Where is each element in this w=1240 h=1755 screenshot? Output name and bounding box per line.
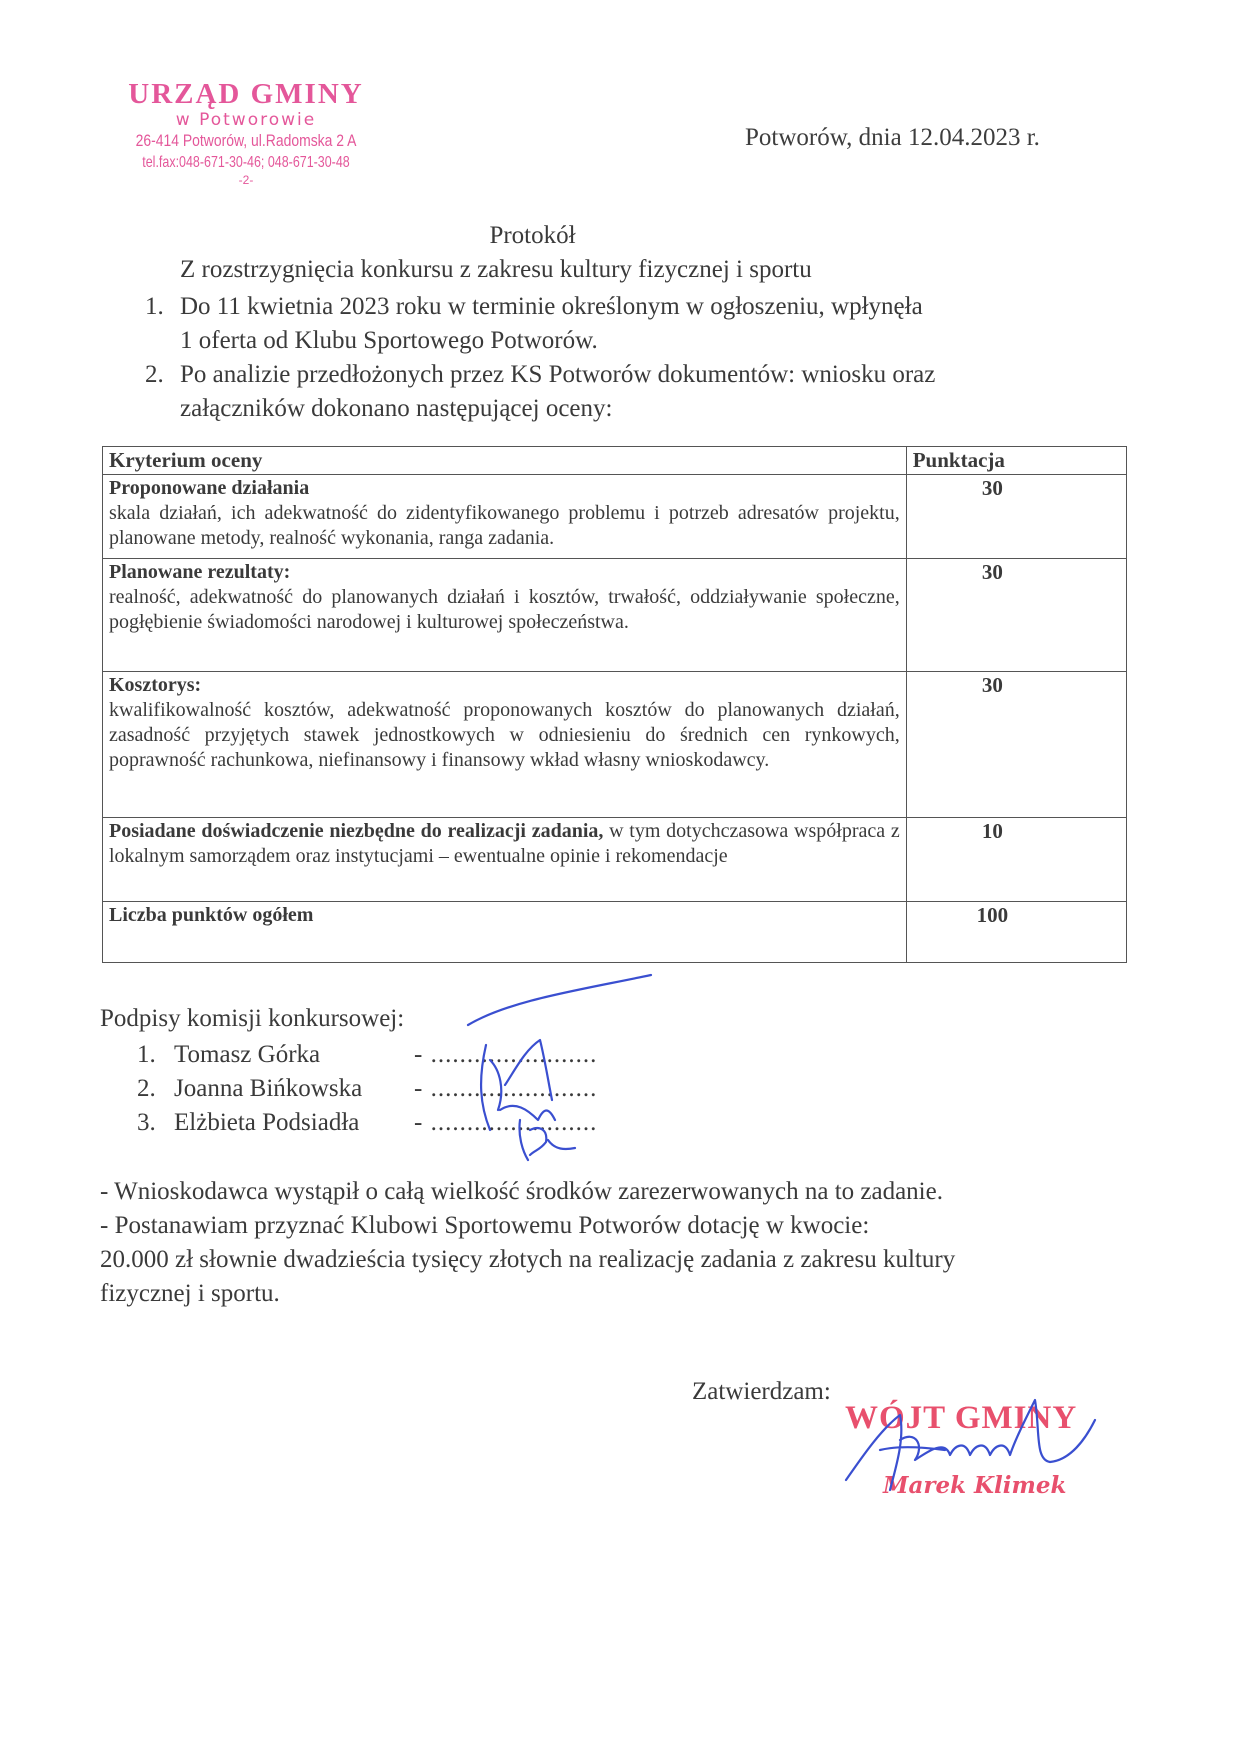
criterion-description: skala działań, ich adekwatność do zident…: [109, 501, 900, 551]
criterion-title: Kosztorys:: [109, 673, 900, 698]
decision-line: - Postanawiam przyznać Klubowi Sportowem…: [100, 1209, 1150, 1243]
table-row: Posiadane doświadczenie niezbędne do rea…: [103, 818, 1127, 902]
table-row: Kosztorys: kwalifikowalność kosztów, ade…: [103, 672, 1127, 818]
signature-line: - .......................: [414, 1072, 597, 1106]
table-total-row: Liczba punktów ogółem 100: [103, 902, 1127, 963]
total-label: Liczba punktów ogółem: [103, 902, 907, 963]
score-cell: 10: [906, 818, 1126, 902]
finding-number: 2.: [145, 358, 164, 392]
stamp-office-name: URZĄD GMINY: [96, 78, 396, 110]
criterion-cell: Proponowane działania skala działań, ich…: [103, 475, 907, 559]
stamp-location: w Potworowie: [96, 110, 396, 130]
score-cell: 30: [906, 672, 1126, 818]
decision-paragraph: - Wnioskodawca wystąpił o całą wielkość …: [100, 1175, 1150, 1311]
finding-text: Po analizie przedłożonych przez KS Potwo…: [180, 358, 935, 392]
table-header-row: Kryterium oceny Punktacja: [103, 447, 1127, 475]
evaluation-table: Kryterium oceny Punktacja Proponowane dz…: [102, 446, 1127, 963]
member-number: 1.: [137, 1038, 156, 1072]
member-name: Tomasz Górka: [174, 1038, 320, 1072]
member-number: 3.: [137, 1106, 156, 1140]
criterion-cell: Posiadane doświadczenie niezbędne do rea…: [103, 818, 907, 902]
member-number: 2.: [137, 1072, 156, 1106]
table-row: Proponowane działania skala działań, ich…: [103, 475, 1127, 559]
finding-text: załączników dokonano następującej oceny:: [180, 392, 935, 426]
mayor-stamp-title: WÓJT GMINY: [845, 1400, 1077, 1437]
signature-stroke-icon: [468, 975, 651, 1025]
member-name: Elżbieta Podsiadła: [174, 1106, 359, 1140]
stamp-phone: tel.fax:048-671-30-46; 048-671-30-48: [129, 152, 363, 174]
office-stamp: URZĄD GMINY w Potworowie 26-414 Potworów…: [96, 78, 396, 186]
finding-text: Do 11 kwietnia 2023 roku w terminie okre…: [180, 290, 935, 324]
header-criterion: Kryterium oceny: [103, 447, 907, 475]
criterion-cell: Kosztorys: kwalifikowalność kosztów, ade…: [103, 672, 907, 818]
signature-line: - .......................: [414, 1106, 597, 1140]
header-score: Punktacja: [906, 447, 1126, 475]
decision-line: fizycznej i sportu.: [100, 1277, 1150, 1311]
finding-text: 1 oferta od Klubu Sportowego Potworów.: [180, 324, 935, 358]
score-cell: 30: [906, 559, 1126, 672]
finding-item: 1. Do 11 kwietnia 2023 roku w terminie o…: [145, 290, 935, 358]
signature-line: - .......................: [414, 1038, 597, 1072]
finding-number: 1.: [145, 290, 164, 324]
findings-list: 1. Do 11 kwietnia 2023 roku w terminie o…: [145, 290, 935, 426]
score-cell: 30: [906, 475, 1126, 559]
finding-item: 2. Po analizie przedłożonych przez KS Po…: [145, 358, 935, 426]
member-name: Joanna Bińkowska: [174, 1072, 362, 1106]
criterion-title: Posiadane doświadczenie niezbędne do rea…: [109, 820, 603, 842]
criterion-title: Planowane rezultaty:: [109, 560, 900, 585]
document-title: Protokół: [0, 222, 1065, 250]
decision-line: 20.000 zł słownie dwadzieścia tysięcy zł…: [100, 1243, 1150, 1277]
stamp-address: 26-414 Potworów, ul.Radomska 2 A: [123, 130, 369, 152]
criterion-cell: Planowane rezultaty: realność, adekwatno…: [103, 559, 907, 672]
stamp-mark: -2-: [96, 174, 396, 186]
criterion-description: realność, adekwatność do planowanych dzi…: [109, 585, 900, 635]
total-score: 100: [906, 902, 1126, 963]
criterion-description: kwalifikowalność kosztów, adekwatność pr…: [109, 698, 900, 773]
table-row: Planowane rezultaty: realność, adekwatno…: [103, 559, 1127, 672]
document-subtitle: Z rozstrzygnięcia konkursu z zakresu kul…: [180, 256, 812, 284]
document-date: Potworów, dnia 12.04.2023 r.: [745, 124, 1040, 152]
approval-label: Zatwierdzam:: [692, 1378, 831, 1406]
signatures-heading: Podpisy komisji konkursowej:: [100, 1005, 404, 1033]
criterion-title: Proponowane działania: [109, 476, 900, 501]
mayor-stamp-name: Marek Klimek: [883, 1472, 1066, 1499]
decision-line: - Wnioskodawca wystąpił o całą wielkość …: [100, 1175, 1150, 1209]
